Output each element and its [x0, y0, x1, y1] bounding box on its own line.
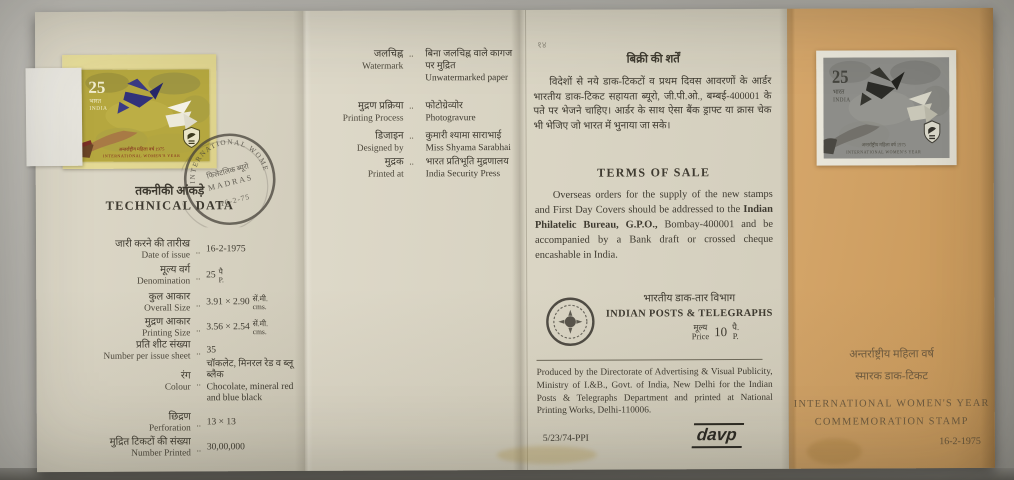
- unit-stack: सें.मी.cms.: [253, 320, 268, 335]
- price-value: 10: [714, 324, 727, 340]
- terms-paragraph-english: Overseas orders for the supply of the ne…: [535, 187, 773, 263]
- row-label-hi: मूल्य वर्ग: [42, 264, 190, 276]
- price-label-stack: मूल्यPrice: [692, 323, 710, 341]
- price-label-en: Price: [692, 332, 710, 341]
- paper-stain: [807, 438, 862, 464]
- imprint-paragraph: Produced by the Directorate of Advertisi…: [537, 366, 773, 418]
- cover-edge-shadow: [979, 8, 995, 468]
- white-paper-scrap: [25, 68, 82, 167]
- row-label-hi: प्रति शीट संख्या: [42, 339, 190, 351]
- row-value: 25: [206, 270, 216, 282]
- tech-row-perforation: छिद्रणPerforation .. 13 × 13: [43, 411, 301, 435]
- row-value: 3.56 × 2.54: [206, 322, 249, 334]
- colour-value-en: Chocolate, mineral red and blue black: [207, 382, 301, 405]
- row-label-hi: मुद्रक: [308, 156, 404, 168]
- unit-en: cms.: [253, 328, 268, 336]
- row-printed-at: मुद्रकPrinted at .. भारत प्रतिभूति मुद्र…: [308, 156, 518, 181]
- heading-english: TECHNICAL DATA: [36, 198, 304, 214]
- row-label-en: Printed at: [308, 168, 404, 180]
- dots-separator: ..: [190, 271, 206, 281]
- heading-hindi: तकनीकी आंकड़े: [36, 183, 304, 199]
- row-value-hi: फोटोग्रेव्योर: [425, 100, 517, 112]
- stamp-country-hindi: भारत: [833, 88, 845, 95]
- brochure: 25 भारत INDIA: [35, 8, 995, 472]
- row-value-en: Miss Shyama Sarabhai: [426, 142, 518, 154]
- tech-row-colour: रंगColour .. चॉकलेट, मिनरल रेड व ब्लू ब्…: [43, 359, 301, 405]
- row-value: 3.91 × 2.90: [206, 297, 249, 309]
- row-label-hi: मुद्रित टिकटों की संख्या: [43, 436, 191, 448]
- dots-separator: ..: [404, 156, 420, 166]
- unit-stack: पैP.: [219, 268, 224, 283]
- price-unit-en: P.: [732, 332, 739, 341]
- row-value-hi: बिना जलचिह्न वाले कागज पर मुद्रित: [425, 48, 517, 72]
- row-label-hi: रंग: [43, 371, 191, 383]
- dots-separator: ..: [403, 100, 419, 110]
- row-designed-by: डिजाइनDesigned by .. कुमारी श्यामा साराभ…: [308, 130, 518, 155]
- row-value-en: Unwatermarked paper: [425, 72, 517, 84]
- stamp-caption-hindi: अन्तर्राष्ट्रीय महिला वर्ष 1975: [119, 146, 165, 152]
- row-value-hi: कुमारी श्यामा साराभाई: [426, 130, 518, 142]
- dots-separator: ..: [404, 130, 420, 140]
- dots-separator: ..: [191, 443, 207, 453]
- row-watermark: जलचिह्नWatermark .. बिना जलचिह्न वाले का…: [307, 48, 517, 85]
- stamp-denomination: 25: [88, 78, 105, 97]
- row-label-hi: जारी करने की तारीख: [42, 238, 190, 250]
- terms-text: Overseas orders for the supply of the ne…: [535, 189, 773, 216]
- dots-separator: ..: [403, 48, 419, 58]
- terms-paragraph-hindi: विदेशों से नये डाक-टिकटों व प्रथम दिवस आ…: [533, 75, 771, 134]
- dots-separator: ..: [190, 346, 206, 356]
- unit-en: cms.: [253, 303, 268, 311]
- tech-row-date-of-issue: जारी करने की तारीखDate of issue .. 16-2-…: [42, 238, 300, 262]
- tech-row-denomination: मूल्य वर्गDenomination .. 25 पैP.: [42, 264, 300, 288]
- dots-separator: ..: [190, 298, 206, 308]
- dots-separator: ..: [190, 245, 206, 255]
- tech-row-printing-size: मुद्रण आकारPrinting Size .. 3.56 × 2.54 …: [42, 316, 300, 340]
- row-value: 30,00,000: [207, 442, 245, 454]
- unit-stack: सें.मी.cms.: [253, 295, 268, 310]
- panel-terms-of-sale: १४ बिक्री की शर्तें विदेशों से नये डाक-ट…: [519, 9, 789, 470]
- cover-title-hindi-1: अन्तर्राष्ट्रीय महिला वर्ष: [792, 346, 990, 362]
- row-label-en: Perforation: [43, 423, 191, 435]
- stamp-denomination: 25: [832, 66, 849, 87]
- cover-title-english-1: INTERNATIONAL WOMEN'S YEAR: [793, 398, 991, 410]
- stamp-caption-english: INTERNATIONAL WOMEN'S YEAR: [103, 153, 181, 158]
- row-value: 35: [206, 345, 216, 357]
- davp-logo: davp: [692, 423, 744, 448]
- divider-rule: [537, 359, 763, 361]
- row-label-en: Denomination: [42, 276, 190, 288]
- cover-title-hindi-2: स्मारक डाक-टिकट: [793, 368, 991, 384]
- dots-separator: ..: [191, 377, 207, 387]
- row-label-hi: जलचिह्न: [307, 48, 403, 60]
- row-value-en: India Security Press: [426, 168, 518, 180]
- colour-value-hi: चॉकलेट, मिनरल रेड व ब्लू ब्लैक: [207, 359, 301, 382]
- tech-row-number-printed: मुद्रित टिकटों की संख्याNumber Printed .…: [43, 436, 301, 460]
- unit-en: P.: [219, 276, 224, 284]
- cover-title-english-2: COMMEMORATION STAMP: [793, 416, 991, 428]
- row-label-en: Date of issue: [42, 250, 190, 262]
- row-value-en: Photogravure: [425, 112, 517, 124]
- dots-separator: ..: [191, 418, 207, 428]
- department-name: भारतीय डाक-तार विभाग INDIAN POSTS & TELE…: [598, 291, 780, 322]
- terms-heading-hindi: बिक्री की शर्तें: [519, 51, 787, 67]
- panel-printing-details: जलचिह्नWatermark .. बिना जलचिह्न वाले का…: [303, 10, 521, 471]
- page-mark: १४: [537, 38, 546, 51]
- price-unit-stack: पै.P.: [732, 323, 739, 341]
- row-label-hi: मुद्रण आकार: [42, 316, 190, 328]
- tech-row-overall-size: कुल आकारOverall Size .. 3.91 × 2.90 सें.…: [42, 291, 300, 315]
- department-name-hindi: भारतीय डाक-तार विभाग: [598, 291, 780, 307]
- row-label-en: Designed by: [308, 142, 404, 154]
- row-value: 16-2-1975: [206, 244, 246, 256]
- stamp-monochrome: 25 भारत INDIA: [823, 57, 949, 159]
- terms-heading-english: TERMS OF SALE: [520, 165, 788, 181]
- stamp-country-english: INDIA: [89, 106, 107, 112]
- print-code: 5/23/74-PPI: [543, 434, 589, 444]
- row-value-hi: भारत प्रतिभूति मुद्रणालय: [426, 156, 518, 168]
- row-label-en: Number Printed: [43, 448, 191, 460]
- row-label-hi: कुल आकार: [42, 291, 190, 303]
- row-label-en: Printing Size: [42, 328, 190, 340]
- row-printing-process: मुद्रण प्रक्रियाPrinting Process .. फोटो…: [307, 100, 517, 125]
- row-label-en: Printing Process: [307, 112, 403, 124]
- price-line: मूल्यPrice 10 पै.P.: [660, 323, 770, 341]
- technical-data-heading: तकनीकी आंकड़े TECHNICAL DATA: [36, 183, 304, 214]
- department-name-english: INDIAN POSTS & TELEGRAPHS: [598, 306, 780, 322]
- row-label-en: Colour: [43, 382, 191, 394]
- dots-separator: ..: [190, 323, 206, 333]
- row-label-hi: मुद्रण प्रक्रिया: [307, 100, 403, 112]
- row-label-en: Watermark: [307, 60, 403, 72]
- stamp-country-english: INDIA: [833, 97, 851, 103]
- panel-cover: 25 भारत INDIA: [787, 8, 995, 469]
- posts-telegraphs-logo-icon: [544, 296, 596, 348]
- stamp-monochrome-frame: 25 भारत INDIA: [816, 50, 957, 166]
- stamp-country-hindi: भारत: [89, 99, 101, 105]
- row-label-hi: छिद्रण: [43, 411, 191, 423]
- row-label-hi: डिजाइन: [308, 130, 404, 142]
- row-value: 13 × 13: [207, 417, 236, 429]
- row-label-en: Overall Size: [42, 303, 190, 315]
- stamp-caption-english: INTERNATIONAL WOMEN'S YEAR: [846, 149, 921, 155]
- photo-of-stamp-brochure: 25 भारत INDIA: [0, 0, 1014, 480]
